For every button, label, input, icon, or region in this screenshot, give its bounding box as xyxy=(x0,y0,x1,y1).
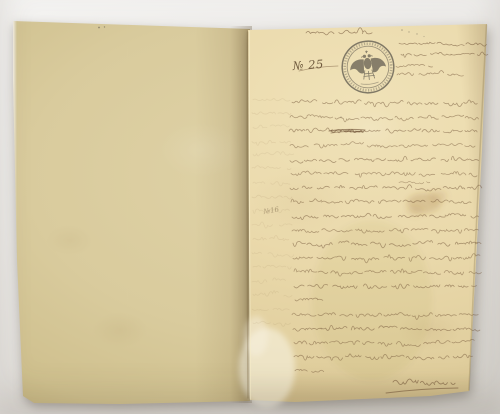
document-photo: № 25 №16 xyxy=(0,0,500,414)
right-page xyxy=(0,0,500,414)
right-page-shadow xyxy=(0,0,500,414)
